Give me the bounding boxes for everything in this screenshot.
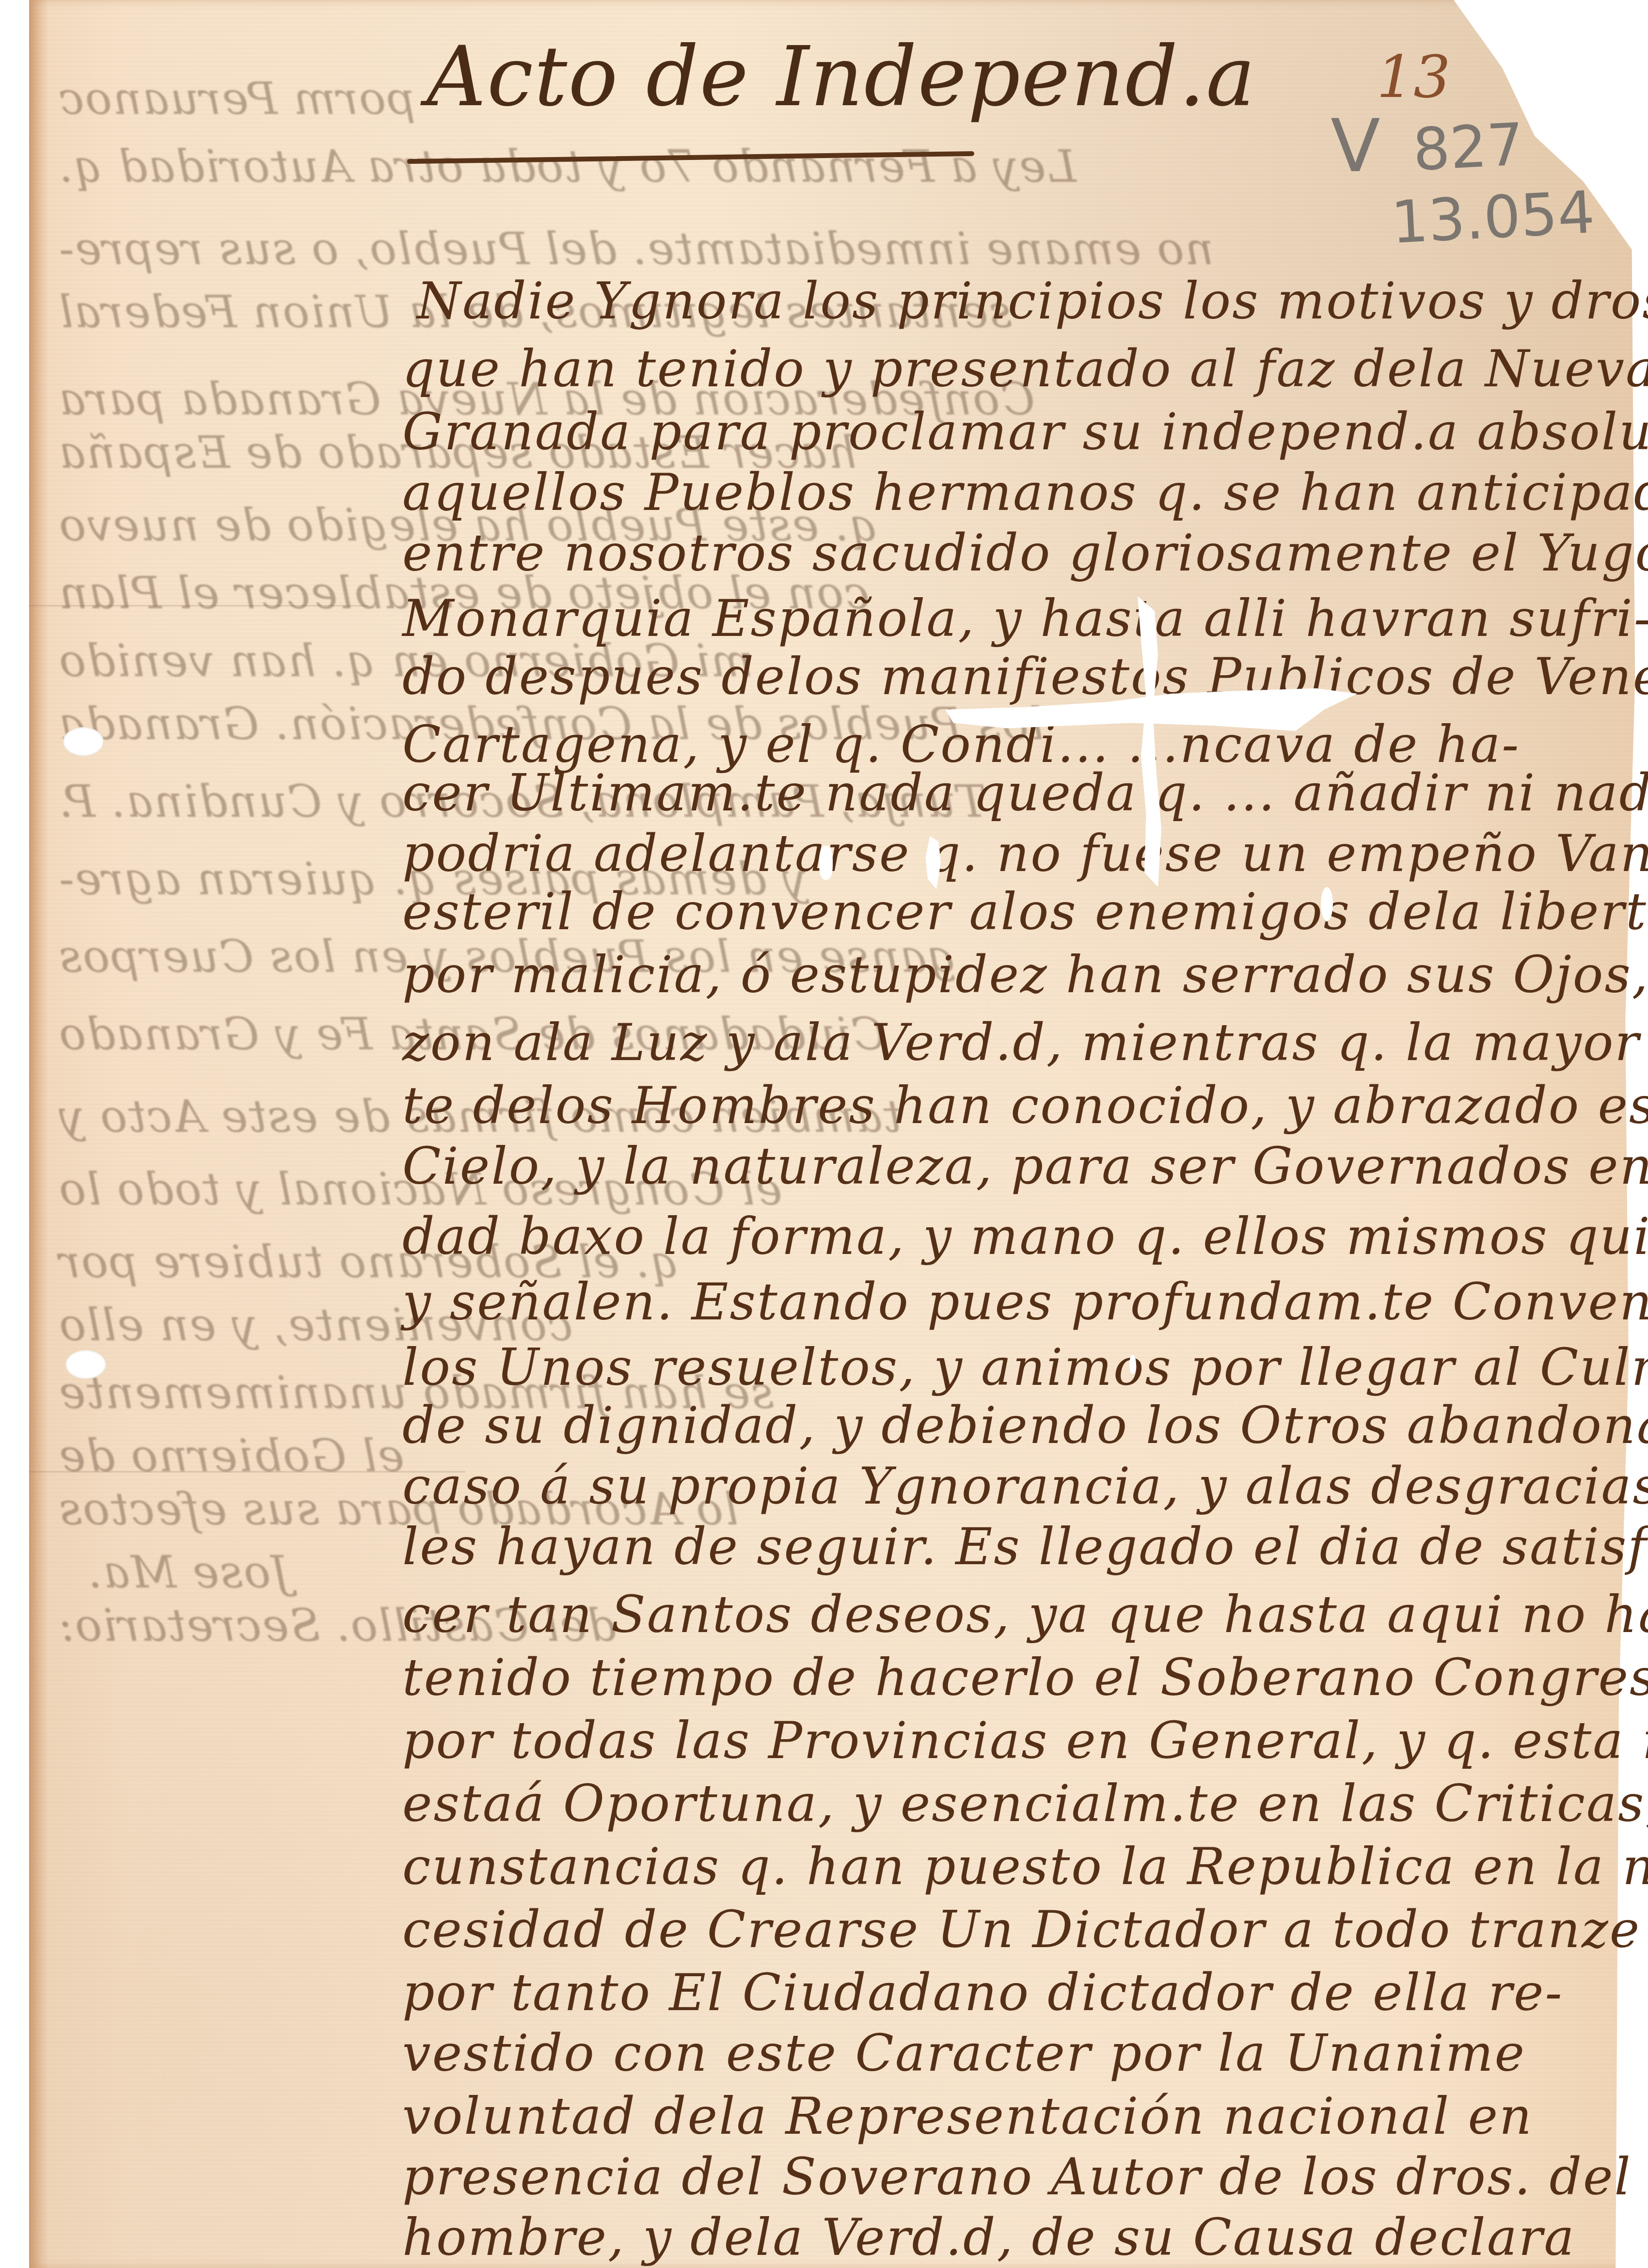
manuscript-line: cer Ultimam.te nada queda q. ... añadir …: [402, 763, 1648, 823]
manuscript-line: por tanto El Ciudadano dictador de ella …: [402, 1963, 1564, 2022]
manuscript-line: cer tan Santos deseos, ya que hasta aqui…: [402, 1585, 1648, 1644]
bleed-through-signature: Jose Ma.: [87, 1546, 289, 1598]
paper-edge-stain: [29, 0, 48, 2268]
manuscript-line: esteril de convencer alos enemigos dela …: [402, 882, 1648, 941]
punch-hole: [65, 1350, 106, 1379]
manuscript-line: Monarquia Española, y hasta alli havran …: [402, 589, 1648, 648]
manuscript-line: Granada para proclamar su independ.a abs…: [402, 402, 1648, 461]
manuscript-line: tenido tiempo de hacerlo el Soberano Con…: [402, 1648, 1648, 1707]
manuscript-line: Nadie Ygnora los principios los motivos …: [417, 271, 1648, 331]
manuscript-line: por malicia, ó estupidez han serrado sus…: [402, 945, 1648, 1004]
manuscript-line: entre nosotros sacudido gloriosamente el…: [402, 523, 1648, 583]
manuscript-line: les hayan de seguir. Es llegado el dia d…: [402, 1517, 1648, 1576]
pencil-accession-number: 13.054: [1390, 179, 1597, 257]
paper-hole: [1129, 1355, 1136, 1374]
punch-hole: [63, 727, 104, 756]
manuscript-line: caso á su propia Ygnorancia, y alas desg…: [402, 1457, 1648, 1516]
pencil-catalog-number: 827: [1411, 111, 1526, 184]
paper-hole: [819, 846, 833, 880]
ink-folio-number: 13: [1377, 44, 1451, 111]
paper-hole: [1321, 887, 1333, 921]
manuscript-line: de su dignidad, y debiendo los Otros aba…: [402, 1396, 1648, 1455]
manuscript-line: cesidad de Crearse Un Dictador a todo tr…: [402, 1900, 1641, 1959]
manuscript-line: cunstancias q. han puesto la Republica e…: [402, 1837, 1648, 1896]
bleed-through-line: el Gobierno de: [58, 1430, 404, 1482]
manuscript-line: hombre, y dela Verd.d, de su Causa decla…: [402, 2208, 1576, 2267]
manuscript-line: dad baxo la forma, y mano q. ellos mismo…: [402, 1207, 1648, 1266]
manuscript-line: Cielo, y la naturaleza, para ser Governa…: [402, 1137, 1648, 1196]
bleed-through-line: Ley a Fernando 7o y toda otra Autoridad …: [58, 141, 1077, 192]
manuscript-line: zon ala Luz y ala Verd.d, mientras q. la…: [402, 1013, 1648, 1072]
manuscript-line: presencia del Soverano Autor de los dros…: [402, 2147, 1632, 2206]
pencil-check-mark: V: [1331, 104, 1380, 189]
manuscript-line: te delos Hombres han conocido, y abrazad…: [402, 1076, 1648, 1135]
manuscript-line: que han tenido y presentado al faz dela …: [402, 339, 1648, 398]
manuscript-line: do despues delos manifiestos Publicos de…: [402, 647, 1648, 706]
manuscript-line: voluntad dela Representación nacional en: [402, 2087, 1533, 2146]
manuscript-line: vestido con este Caracter por la Unanime: [402, 2024, 1526, 2083]
manuscript-line: los Unos resueltos, y animos por llegar …: [402, 1338, 1648, 1397]
manuscript-line: por todas las Provincias en General, y q…: [402, 1711, 1648, 1770]
manuscript-line: aquellos Pueblos hermanos q. se han anti…: [402, 463, 1648, 522]
manuscript-line: estaá Oportuna, y esencialm.te en las Cr…: [402, 1774, 1648, 1833]
manuscript-line: podria adelantarse q. no fuese un empeño…: [402, 824, 1648, 883]
manuscript-line: y señalen. Estando pues profundam.te Con…: [402, 1272, 1648, 1332]
document-title: Acto de Independ.a: [427, 29, 1256, 125]
bleed-through-line: porm Peruanoc: [58, 73, 415, 125]
bleed-through-line: no emane inmediatamte. del Pueblo, o sus…: [58, 223, 1214, 275]
